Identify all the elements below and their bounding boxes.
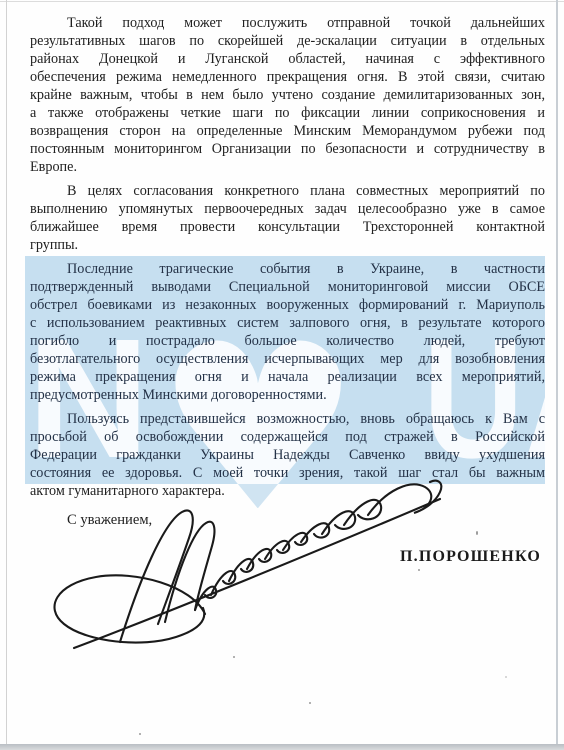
text-line: с использованием реактивных систем залпо… (30, 314, 545, 332)
paragraph-3-highlighted: Последние трагические события в Украине,… (30, 260, 545, 404)
text-line: ближайшее время провести консультации Тр… (30, 218, 545, 236)
text-line: Последние трагические события в Украине,… (30, 260, 545, 278)
scan-speck (233, 656, 235, 658)
text-line: режима прекращения огня и начала реализа… (30, 368, 545, 386)
text-line: обстрел боевиками из незаконных вооружен… (30, 296, 545, 314)
text-line: просьбой об освобождении содержащейся по… (30, 428, 545, 446)
text-line: предусмотренных Минскими договоренностям… (30, 386, 545, 404)
text-line: возвращения сторон на определенные Минск… (30, 122, 545, 140)
scan-frame-bottom (0, 744, 564, 750)
scan-speck (139, 733, 141, 735)
paragraph-4: Пользуясь представившейся возможностью, … (30, 410, 545, 500)
text-line: крайне важным, чтобы в нем было учтено с… (30, 86, 545, 104)
text-line: Пользуясь представившейся возможностью, … (30, 410, 545, 428)
text-line: районах Донецкой и Луганской областей, н… (30, 50, 545, 68)
scan-frame-top (0, 1, 564, 2)
scan-frame-left (6, 0, 7, 750)
scanned-letter-page: N ♥ UA ♥ Такой подход может послужить от… (0, 0, 564, 750)
text-line: состояния ее здоровья. С моей точки зрен… (30, 464, 545, 482)
text-line: а также отображены четкие шаги по фиксац… (30, 104, 545, 122)
scan-speck (418, 569, 420, 571)
text-line: погибло и пострадало большое количество … (30, 332, 545, 350)
scan-frame-right (556, 0, 558, 750)
closing-salutation: С уважением, (67, 512, 152, 529)
paragraph-2: В целях согласования конкретного плана с… (30, 182, 545, 254)
text-line: результативных шагов по скорейшей де-эск… (30, 32, 545, 50)
text-line: подтвержденный выводами Специальной мони… (30, 278, 545, 296)
text-line: обеспечения режима немедленного прекраще… (30, 68, 545, 86)
text-line: актом гуманитарного характера. (30, 482, 545, 500)
paragraph-1: Такой подход может послужить отправной т… (30, 14, 545, 176)
text-line: Такой подход может послужить отправной т… (30, 14, 545, 32)
text-line: выполнению упомянутых первоочередных зад… (30, 200, 545, 218)
scan-speck (309, 702, 311, 704)
text-line: группы. (30, 236, 545, 254)
signer-name: П.ПОРОШЕНКО (400, 548, 536, 566)
scan-speck (505, 676, 507, 678)
text-line: постоянным мониторингом Организации по б… (30, 140, 545, 158)
text-line: В целях согласования конкретного плана с… (30, 182, 545, 200)
text-line: безотлагательного осуществления исчерпыв… (30, 350, 545, 368)
text-line: Европе. (30, 158, 545, 176)
text-line: Федерации гражданки Украины Надежды Савч… (30, 446, 545, 464)
scan-speck (476, 531, 478, 535)
